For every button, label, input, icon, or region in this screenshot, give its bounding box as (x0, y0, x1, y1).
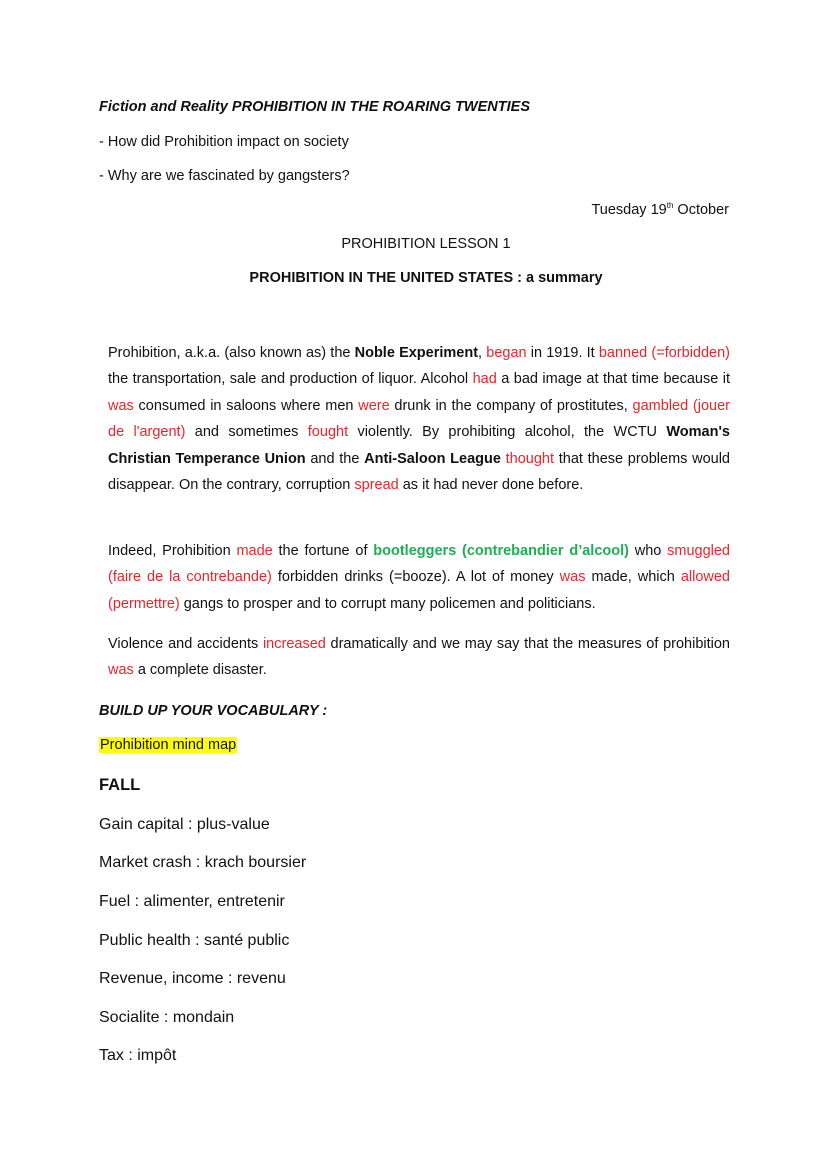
paragraph-text: who (629, 543, 667, 559)
vocab-item: Socialite : mondain (99, 1009, 234, 1027)
red-highlighted-term: increased (263, 636, 326, 652)
paragraph-text: forbidden drinks (=booze). A lot of mone… (272, 569, 560, 585)
paragraph-text: Violence and accidents (108, 636, 263, 652)
date-prefix: Tuesday 19 (591, 202, 666, 218)
paragraph-2: Indeed, Prohibition made the fortune of … (108, 538, 730, 617)
green-highlighted-term: bootleggers (contrebandier d’alcool) (373, 543, 629, 559)
vocab-item: Market crash : krach boursier (99, 854, 306, 872)
paragraph-text: and sometimes (185, 424, 307, 440)
bold-term: Noble Experiment (355, 345, 478, 361)
paragraph-text: as it had never done before. (399, 477, 584, 493)
question-2: - Why are we fascinated by gangsters? (99, 168, 350, 184)
red-highlighted-term: fought (308, 424, 348, 440)
question-1: - How did Prohibition impact on society (99, 134, 349, 150)
paragraph-text: in 1919. It (527, 345, 599, 361)
paragraph-text: made, which (585, 569, 680, 585)
paragraph-1: Prohibition, a.k.a. (also known as) the … (108, 340, 730, 498)
vocab-item: Fuel : alimenter, entretenir (99, 893, 285, 911)
paragraph-text: the transportation, sale and production … (108, 371, 473, 387)
red-highlighted-term: was (560, 569, 586, 585)
red-highlighted-term: had (473, 371, 497, 387)
mind-map-label: Prohibition mind map (99, 737, 237, 753)
paragraph-text: the fortune of (273, 543, 374, 559)
red-highlighted-term: were (358, 398, 389, 414)
vocabulary-section-title: FALL (99, 776, 140, 795)
paragraph-text: a bad image at that time because it (497, 371, 730, 387)
vocab-item: Gain capital : plus-value (99, 816, 270, 834)
document-title: Fiction and Reality PROHIBITION IN THE R… (99, 99, 530, 115)
paragraph-text: a complete disaster. (134, 662, 267, 678)
red-highlighted-term: was (108, 662, 134, 678)
vocab-item: Revenue, income : revenu (99, 970, 286, 988)
paragraph-text: gangs to prosper and to corrupt many pol… (180, 596, 596, 612)
date-month: October (673, 202, 729, 218)
document-page: Fiction and Reality PROHIBITION IN THE R… (0, 0, 828, 1171)
lesson-date: Tuesday 19th October (591, 202, 729, 218)
red-highlighted-term: banned (=forbidden) (599, 345, 730, 361)
red-highlighted-term: was (108, 398, 134, 414)
bold-term: Anti-Saloon League (364, 451, 501, 467)
vocab-item: Tax : impôt (99, 1047, 176, 1065)
paragraph-text: Prohibition, a.k.a. (also known as) the (108, 345, 355, 361)
paragraph-3: Violence and accidents increased dramati… (108, 631, 730, 684)
paragraph-text: Indeed, Prohibition (108, 543, 236, 559)
lesson-heading: PROHIBITION LESSON 1 (0, 236, 828, 252)
red-highlighted-term: made (236, 543, 272, 559)
paragraph-text: drunk in the company of prostitutes, (390, 398, 633, 414)
red-highlighted-term: spread (354, 477, 398, 493)
summary-heading: PROHIBITION IN THE UNITED STATES : a sum… (0, 270, 828, 286)
red-highlighted-term: began (486, 345, 526, 361)
paragraph-text: dramatically and we may say that the mea… (326, 636, 730, 652)
paragraph-text: consumed in saloons where men (134, 398, 358, 414)
paragraph-text: violently. By prohibiting alcohol, the W… (348, 424, 666, 440)
red-highlighted-term: thought (506, 451, 554, 467)
highlighted-text: Prohibition mind map (99, 737, 237, 753)
vocabulary-heading: BUILD UP YOUR VOCABULARY : (99, 703, 327, 719)
paragraph-text: and the (306, 451, 364, 467)
vocab-item: Public health : santé public (99, 932, 289, 950)
